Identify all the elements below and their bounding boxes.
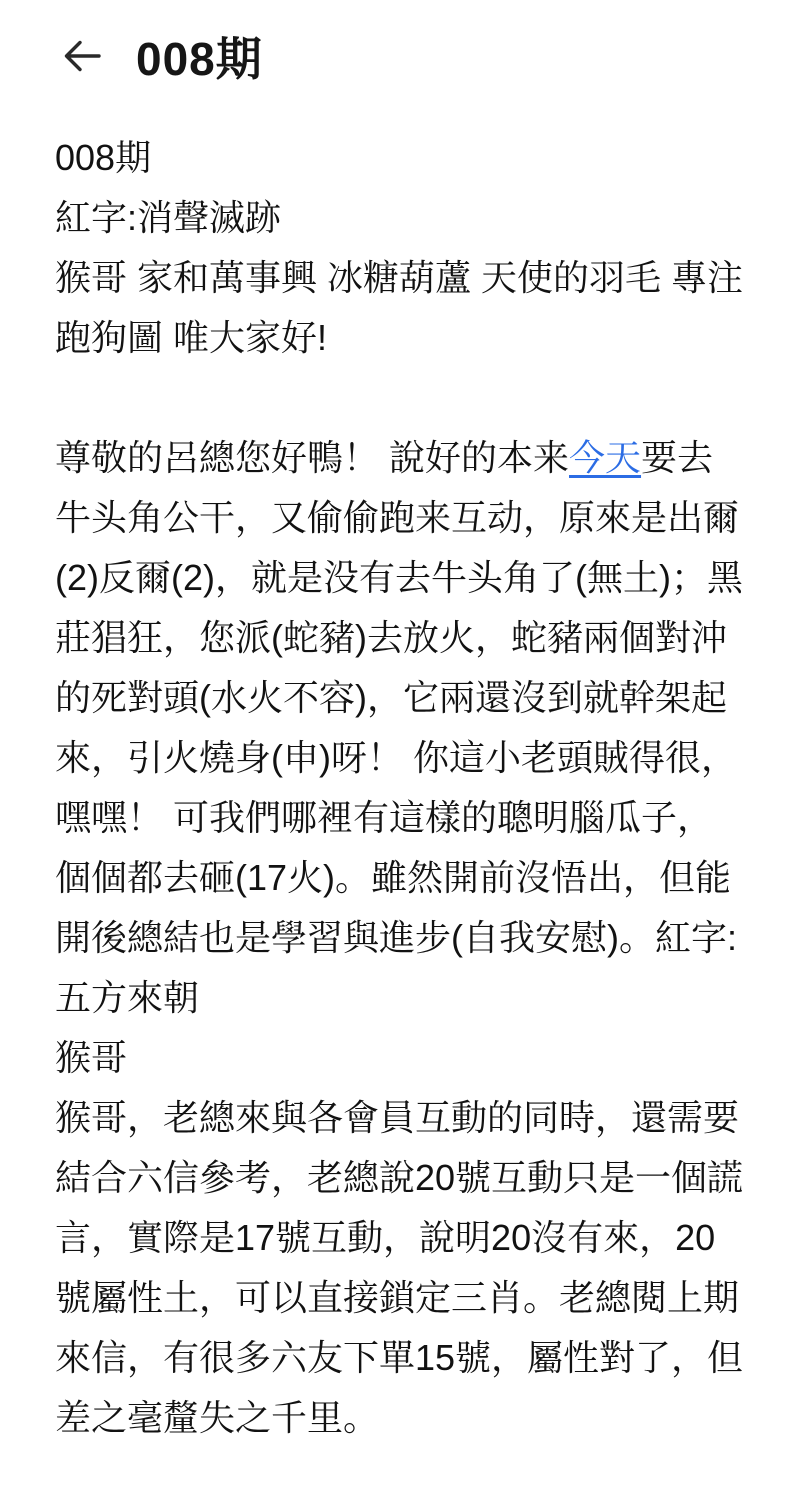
text-run: 尊敬的呂總您好鴨！ 說好的本来: [55, 437, 569, 478]
text-run: 要去牛头角公干，又偷偷跑来互动，原來是出爾(2)反爾(2)，就是没有去牛头角了(…: [55, 437, 743, 1018]
text-run: 紅字:消聲滅跡: [55, 197, 281, 238]
paragraph: 紅字:消聲滅跡: [55, 188, 745, 248]
paragraph: 尊敬的呂總您好鴨！ 說好的本来今天要去牛头角公干，又偷偷跑来互动，原來是出爾(2…: [55, 428, 745, 1028]
inline-link[interactable]: 今天: [569, 437, 641, 478]
app-screen: 008期 008期紅字:消聲滅跡猴哥 家和萬事興 冰糖葫蘆 天使的羽毛 專注跑狗…: [0, 0, 800, 1500]
paragraph: 猴哥: [55, 1028, 745, 1088]
page-title: 008期: [136, 23, 263, 89]
text-run: 猴哥: [55, 1037, 127, 1078]
text-run: 猴哥 家和萬事興 冰糖葫蘆 天使的羽毛 專注跑狗圖 唯大家好!: [55, 257, 743, 358]
arrow-left-icon: [58, 32, 106, 80]
app-header: 008期: [0, 0, 800, 112]
paragraph: 猴哥 家和萬事興 冰糖葫蘆 天使的羽毛 專注跑狗圖 唯大家好!: [55, 248, 745, 368]
article-body: 008期紅字:消聲滅跡猴哥 家和萬事興 冰糖葫蘆 天使的羽毛 專注跑狗圖 唯大家…: [0, 112, 800, 1448]
paragraph: 008期: [55, 128, 745, 188]
back-button[interactable]: [56, 30, 108, 82]
text-run: 猴哥，老總來與各會員互動的同時，還需要結合六信參考，老總說20號互動只是一個謊言…: [55, 1097, 743, 1438]
paragraph: 猴哥，老總來與各會員互動的同時，還需要結合六信參考，老總說20號互動只是一個謊言…: [55, 1088, 745, 1448]
blank-line: [55, 368, 745, 428]
text-run: 008期: [55, 137, 151, 178]
